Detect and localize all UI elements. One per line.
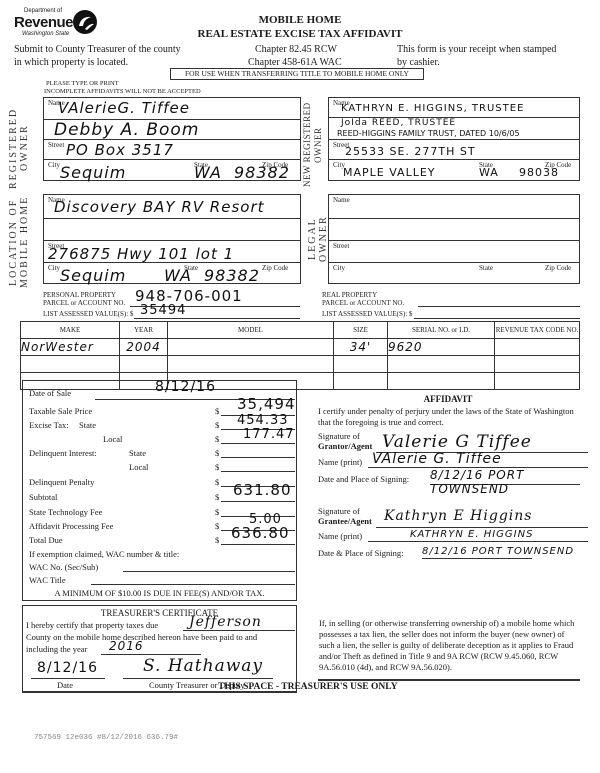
new-owner-name-1: KATHRYN E. HIGGINS, TRUSTEE	[341, 103, 524, 114]
new-owner-name-2: JoIda REED, TRUSTEE	[341, 118, 456, 128]
legal-owner-city-row[interactable]: City State Zip Code	[329, 263, 579, 285]
assessed-value-label: LIST ASSESSED VALUE(S): $	[43, 310, 133, 318]
grantor-date-place[interactable]: 8/12/16 PORT TOWNSEND	[430, 468, 588, 496]
registered-owner-name-1: VAlerieG. Tiffee	[58, 99, 190, 117]
wac-no-line[interactable]	[123, 571, 295, 572]
location-name-row[interactable]: Name Discovery BAY RV Resort	[44, 195, 300, 219]
zip-label: Zip Code	[545, 264, 571, 272]
col-size: SIZE	[334, 322, 388, 339]
assessed-underline	[134, 318, 300, 319]
grantor-signature[interactable]: Valerie G Tiffee	[382, 432, 532, 452]
location-zip: 98382	[204, 266, 260, 285]
registered-owner-name-row-2[interactable]: Debby A. Boom	[44, 120, 300, 140]
date-of-sale-label: Date of Sale	[29, 388, 71, 398]
sig-label-line: Grantor/Agent	[318, 441, 372, 451]
taxable-price-label: Taxable Sale Price	[29, 406, 92, 416]
treasurer-signature-line	[123, 678, 273, 679]
year-cell[interactable]	[120, 356, 168, 373]
table-row[interactable]	[21, 356, 580, 373]
excise-tax-label: Excise Tax:	[29, 420, 69, 430]
personal-parcel-label: PERSONAL PROPERTY PARCEL or ACCOUNT NO.	[43, 291, 125, 307]
taxable-price-value[interactable]: 35,494	[237, 395, 296, 413]
dor-logo: Department of Revenue Washington State	[14, 8, 104, 42]
grantee-date-line	[422, 558, 532, 559]
sig-label-line: Grantee/Agent	[318, 516, 372, 526]
treasurer-use-banner: THIS SPACE - TREASURER'S USE ONLY	[218, 682, 398, 692]
registered-owner-state: WA	[194, 163, 222, 182]
treasurer-line3: including the year	[26, 644, 87, 654]
serial-cell[interactable]	[388, 356, 495, 373]
serial-cell[interactable]	[388, 373, 495, 390]
parcel-label-line: REAL PROPERTY	[322, 291, 404, 299]
dollar-sign: $	[215, 406, 219, 416]
registered-owner-zip: 98382	[234, 163, 290, 182]
real-assessed-underline[interactable]	[414, 318, 580, 319]
location-street: 276875 Hwy 101 lot 1	[48, 245, 234, 263]
grantee-date-label: Date & Place of Signing:	[318, 548, 403, 558]
street-label: Street	[333, 242, 349, 250]
new-owner-city: MAPLE VALLEY	[343, 166, 436, 179]
affidavit-title: AFFIDAVIT	[318, 394, 578, 404]
city-label: City	[48, 161, 60, 169]
receipt-notice-1: This form is your receipt when stamped	[397, 44, 556, 55]
new-owner-name-3: REED-HIGGINS FAMILY TRUST, DATED 10/6/05	[337, 129, 520, 138]
registered-owner-name-row[interactable]: Name VAlerieG. Tiffee	[44, 98, 300, 120]
registered-owner-city-row[interactable]: City Sequim State WA Zip Code 98382	[44, 160, 300, 182]
new-owner-city-row[interactable]: City MAPLE VALLEY State WA Zip Code 9803…	[329, 160, 579, 182]
delinquent-local-label: Local	[129, 462, 148, 472]
treasurer-use-rule	[318, 679, 580, 681]
date-line	[31, 678, 105, 679]
minimum-due-notice: A MINIMUM OF $10.00 IS DUE IN FEE(S) AND…	[23, 588, 296, 598]
logo-revenue: Revenue	[14, 14, 73, 31]
total-due-value[interactable]: 636.80	[231, 524, 290, 542]
delinquent-penalty-label: Delinquent Penalty	[29, 477, 94, 487]
location-city: Sequim	[60, 266, 126, 285]
make-cell[interactable]: NorWester	[21, 339, 120, 356]
parcel-label-line: PERSONAL PROPERTY	[43, 291, 125, 299]
revenue-code-cell[interactable]	[495, 339, 580, 356]
new-owner-street-row[interactable]: Street 25533 SE. 277TH ST	[329, 140, 579, 160]
side-label-line: NEW REGISTERED	[302, 103, 312, 188]
treasurer-date[interactable]: 8/12/16	[37, 660, 98, 676]
delinquent-state-line[interactable]	[221, 457, 295, 458]
col-serial: SERIAL NO. or I.D.	[388, 322, 495, 339]
dollar-sign: $	[215, 462, 219, 472]
model-cell[interactable]	[168, 356, 334, 373]
registered-owner-street: PO Box 3517	[66, 141, 174, 159]
location-city-row[interactable]: City Sequim State WA Zip Code 98382	[44, 263, 300, 285]
transfer-banner: FOR USE WHEN TRANSFERRING TITLE TO MOBIL…	[170, 68, 424, 80]
revenue-code-cell[interactable]	[495, 356, 580, 373]
affidavit-section: AFFIDAVIT I certify under penalty of per…	[318, 390, 588, 570]
receipt-notice-2: by cashier.	[397, 57, 440, 68]
excise-local-value[interactable]: 177.47	[243, 427, 295, 442]
treasurer-certificate-box: TREASURER'S CERTIFICATE I hereby certify…	[22, 605, 297, 693]
subtotal-label: Subtotal	[29, 492, 57, 502]
grantor-date-label: Date and Place of Signing:	[318, 474, 409, 484]
delinquent-local-line[interactable]	[221, 471, 295, 472]
make-cell[interactable]	[21, 356, 120, 373]
col-year: YEAR	[120, 322, 168, 339]
new-owner-zip: 98038	[519, 166, 559, 179]
logo-washington-state: Washington State	[22, 31, 69, 37]
dollar-sign: $	[215, 448, 219, 458]
form-title-line2: Real Estate Excise Tax Affidavit	[170, 28, 430, 40]
dollar-sign: $	[215, 535, 219, 545]
dollar-sign: $	[215, 477, 219, 487]
col-make: MAKE	[21, 322, 120, 339]
side-label-line: OWNER	[313, 127, 323, 163]
dollar-sign: $	[215, 434, 219, 444]
submit-instructions-1: Submit to County Treasurer of the county	[14, 44, 181, 55]
legal-owner-name-row-2[interactable]	[329, 219, 579, 241]
assessed-value[interactable]: 35494	[140, 303, 186, 318]
serial-cell[interactable]: 9620	[388, 339, 495, 356]
wac-title-line[interactable]	[91, 584, 295, 585]
chapter-wac: Chapter 458-61A WAC	[248, 57, 342, 68]
size-cell[interactable]: 34'	[334, 339, 388, 356]
location-street-row[interactable]: Street 276875 Hwy 101 lot 1	[44, 241, 300, 263]
total-due-line	[221, 544, 295, 545]
new-owner-name-row[interactable]: Name KATHRYN E. HIGGINS, TRUSTEE	[329, 98, 579, 118]
revenue-code-cell[interactable]	[495, 373, 580, 390]
date-of-sale-value[interactable]: 8/12/16	[155, 379, 216, 395]
location-box: Name Discovery BAY RV Resort Street 2768…	[43, 194, 301, 284]
chapter-rcw: Chapter 82.45 RCW	[255, 44, 337, 55]
sig-label-line: Signature of	[318, 431, 372, 441]
grantee-name-print[interactable]: KATHRYN E. HIGGINS	[410, 529, 533, 540]
size-cell[interactable]	[334, 356, 388, 373]
zip-label: Zip Code	[262, 264, 288, 272]
excise-state-value[interactable]: 454.33	[237, 413, 289, 428]
size-cell[interactable]	[334, 373, 388, 390]
subtotal-value[interactable]: 631.80	[233, 481, 292, 499]
treasurer-date-label: Date	[57, 680, 73, 690]
excise-local-label: Local	[103, 434, 122, 444]
city-label: City	[48, 264, 60, 272]
location-side-label: LOCATION OF MOBILE HOME	[8, 192, 38, 292]
cashier-receipt-stamp: 757569 12e036 #8/12/2016 636.79#	[34, 734, 178, 742]
treasurer-line1: I hereby certify that property taxes due	[26, 620, 158, 630]
dollar-sign: $	[215, 492, 219, 502]
col-model: MODEL	[168, 322, 334, 339]
real-parcel-underline[interactable]	[418, 306, 580, 307]
location-state: WA	[164, 266, 192, 285]
registered-owner-name-2: Debby A. Boom	[54, 120, 199, 140]
treasurer-signature[interactable]: S. Hathaway	[143, 656, 263, 676]
new-registered-owner-box: Name KATHRYN E. HIGGINS, TRUSTEE JoIda R…	[328, 97, 580, 181]
new-owner-street: 25533 SE. 277TH ST	[345, 145, 476, 158]
parcel-label-line: PARCEL or ACCOUNT NO.	[322, 299, 404, 307]
location-name: Discovery BAY RV Resort	[54, 198, 265, 216]
street-label: Street	[48, 141, 64, 149]
treasurer-county[interactable]: Jefferson	[189, 614, 262, 630]
new-owner-name-row-2[interactable]: JoIda REED, TRUSTEE REED-HIGGINS FAMILY …	[329, 118, 579, 140]
delinquent-interest-label: Delinquent Interest:	[29, 448, 97, 458]
side-label-line: MOBILE HOME	[19, 196, 30, 288]
exemption-label: If exemption claimed, WAC number & title…	[29, 549, 179, 559]
tax-calculation-box: Date of Sale 8/12/16 Taxable Sale Price …	[22, 380, 297, 601]
county-line	[183, 630, 295, 631]
grantee-signature[interactable]: Kathryn E Higgins	[384, 508, 532, 524]
processing-fee-label: Affidavit Processing Fee	[29, 521, 113, 531]
col-revenue-code: REVENUE TAX CODE NO.	[495, 322, 580, 339]
dor-swoosh-icon	[72, 9, 98, 35]
submit-instructions-2: in which property is located.	[14, 57, 128, 68]
state-label: State	[479, 264, 493, 272]
real-parcel-label: REAL PROPERTY PARCEL or ACCOUNT NO.	[322, 291, 404, 307]
legal-owner-box: Name Street City State Zip Code	[328, 194, 580, 284]
dollar-sign: $	[215, 420, 219, 430]
table-row[interactable]: NorWester 2004 34' 9620	[21, 339, 580, 356]
grantee-name-line	[368, 541, 588, 542]
treasurer-year[interactable]: 2016	[109, 639, 144, 653]
registered-owner-box: Name VAlerieG. Tiffee Debby A. Boom Stre…	[43, 97, 301, 181]
registered-owner-street-row[interactable]: Street PO Box 3517	[44, 140, 300, 160]
delinquent-state-label: State	[129, 448, 146, 458]
dollar-sign: $	[215, 507, 219, 517]
excise-local-line	[221, 443, 295, 444]
registered-owner-city: Sequim	[60, 163, 126, 182]
legal-owner-street-row[interactable]: Street	[329, 241, 579, 263]
side-label-line: REGISTERED	[8, 107, 19, 188]
side-label-line: LOCATION OF	[8, 198, 19, 285]
incomplete-notice: INCOMPLETE AFFIDAVITS WILL NOT BE ACCEPT…	[44, 88, 201, 95]
certify-text: I certify under penalty of perjury under…	[318, 406, 580, 428]
legal-owner-name-row[interactable]: Name	[329, 195, 579, 219]
grantee-signature-label: Signature of Grantee/Agent	[318, 506, 372, 526]
year-line	[101, 654, 201, 655]
side-label-line: OWNER	[19, 125, 30, 172]
tech-fee-label: State Technology Fee	[29, 507, 102, 517]
wac-no-label: WAC No. (Sec/Sub)	[29, 562, 98, 572]
legal-owner-side-label: LEGAL OWNER	[307, 195, 327, 283]
dollar-sign: $	[215, 521, 219, 531]
name-label: Name	[333, 196, 350, 204]
grantee-date-place[interactable]: 8/12/16 PORT TOWNSEND	[422, 546, 574, 557]
grantee-name-label: Name (print)	[318, 531, 362, 541]
city-label: City	[333, 264, 345, 272]
form-title-line1: Mobile Home	[200, 14, 400, 26]
grantee-signature-line	[376, 527, 588, 528]
wac-title-label: WAC Title	[29, 575, 66, 585]
table-header-row: MAKE YEAR MODEL SIZE SERIAL NO. or I.D. …	[21, 322, 580, 339]
parcel-label-line: PARCEL or ACCOUNT NO.	[43, 299, 125, 307]
total-due-label: Total Due	[29, 535, 63, 545]
new-registered-owner-side-label: NEW REGISTERED OWNER	[302, 97, 328, 193]
subtotal-line	[221, 501, 295, 502]
tax-lien-notice: If, in selling (or otherwise transferrin…	[319, 618, 581, 673]
grantor-name-print[interactable]: VAlerie G. Tiffee	[372, 451, 502, 467]
location-name-row-2[interactable]	[44, 219, 300, 241]
registered-owner-side-label: REGISTERED OWNER	[8, 98, 38, 198]
real-assessed-label: LIST ASSESSED VALUE(S): $	[322, 310, 412, 318]
grantor-signature-label: Signature of Grantor/Agent	[318, 431, 372, 451]
new-owner-state: WA	[479, 166, 499, 179]
excise-state-label: State	[79, 420, 96, 430]
sig-label-line: Signature of	[318, 506, 372, 516]
please-type-notice: PLEASE TYPE OR PRINT	[46, 80, 119, 87]
grantor-name-label: Name (print)	[318, 457, 362, 467]
model-cell[interactable]	[168, 339, 334, 356]
year-cell[interactable]: 2004	[120, 339, 168, 356]
